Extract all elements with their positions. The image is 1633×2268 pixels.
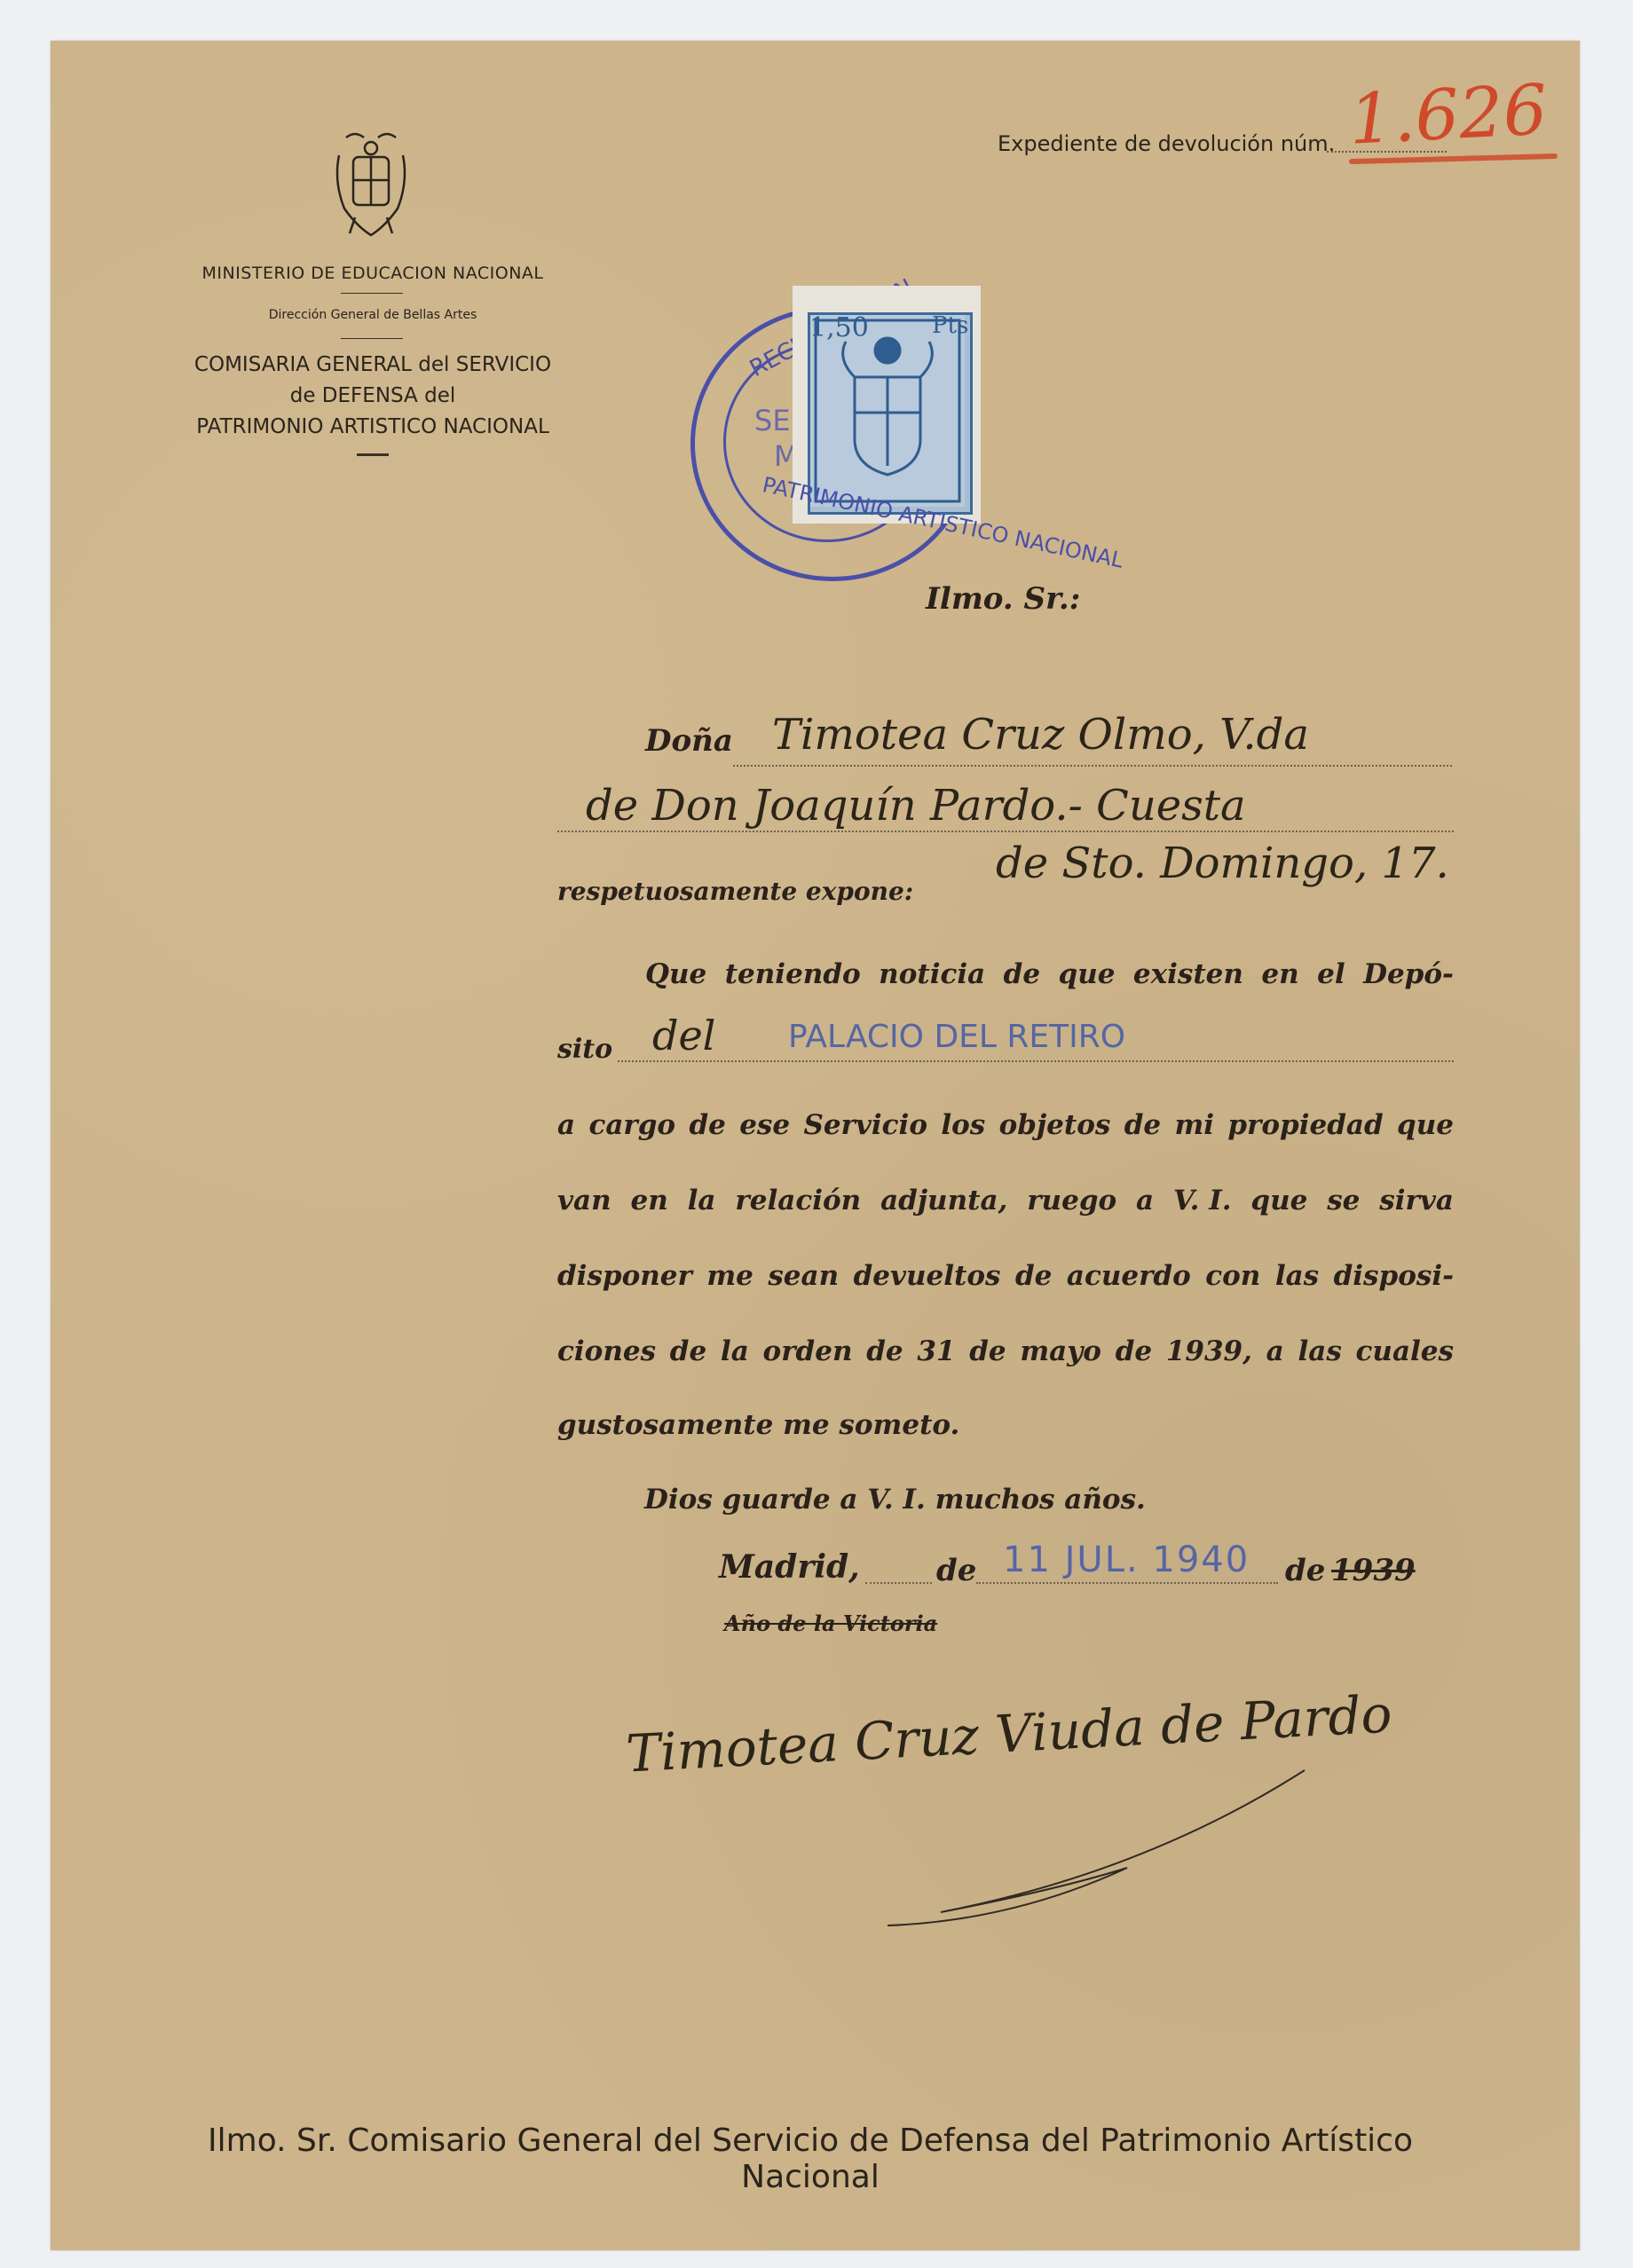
deposit-line [618, 1060, 1454, 1062]
commission-heading-2: de DEFENSA del [133, 384, 612, 407]
struck-year: 1939 [1331, 1553, 1416, 1588]
applicant-line-1 [733, 765, 1452, 767]
date-de-1: de [936, 1553, 976, 1588]
date-de-2: de [1285, 1553, 1325, 1588]
applicant-line-2 [557, 831, 1454, 832]
signature-flourish [879, 1766, 1358, 1943]
deposit-handwritten: del [652, 1012, 715, 1059]
divider [341, 293, 403, 294]
file-number-value: 1.626 [1347, 70, 1550, 161]
commission-heading-3: PATRIMONIO ARTISTICO NACIONAL [133, 415, 612, 438]
ministry-heading: MINISTERIO DE EDUCACION NACIONAL [133, 264, 612, 283]
directorate-heading: Dirección General de Bellas Artes [133, 308, 612, 322]
applicant-husband: de Don Joaquín Pardo.- Cuesta [586, 781, 1246, 831]
stamp-shield-icon [810, 315, 965, 507]
stamp-value: 1,50 [809, 312, 869, 343]
body-line-3: acargodeeseServiciolosobjetosdemipropied… [557, 1109, 1454, 1141]
addressee: Ilmo. Sr. Comisario General del Servicio… [167, 2122, 1454, 2195]
body-line-2-prefix: sito [557, 1034, 612, 1065]
commission-heading-1: COMISARIA GENERAL del SERVICIO [133, 353, 612, 376]
body-line-7: gustosamente me someto. [557, 1409, 959, 1441]
body-line-6: cionesdelaordende31demayode1939,alascual… [557, 1335, 1454, 1367]
applicant-name: Timotea Cruz Olmo, V.da [772, 710, 1309, 760]
respectfully-exposes: respetuosamente expone: [557, 877, 913, 906]
body-line-4: vanenlarelaciónadjunta,ruegoaV. I.queses… [557, 1185, 1454, 1217]
deposit-location-stamp: PALACIO DEL RETIRO [788, 1019, 1125, 1055]
divider [357, 453, 389, 456]
divider [341, 338, 403, 339]
applicant-prefix: Doña [645, 723, 733, 759]
date-stamp: 11 JUL. 1940 [1003, 1540, 1250, 1580]
body-line-5: disponermeseandevueltosdeacuerdoconlasdi… [557, 1260, 1454, 1292]
salutation: Ilmo. Sr.: [926, 581, 1080, 617]
struck-motto: Año de la Victoria [724, 1610, 937, 1636]
place: Madrid, [719, 1548, 860, 1586]
month-line [976, 1582, 1278, 1584]
day-line [865, 1582, 932, 1584]
stamp-currency: Pts [932, 312, 968, 339]
closing-greeting: Dios guarde a V. I. muchos años. [644, 1484, 1146, 1516]
file-number-label: Expediente de devolución núm. [998, 131, 1335, 156]
applicant-address: de Sto. Domingo, 17. [996, 839, 1449, 888]
body-line-1: QueteniendonoticiadequeexistenenelDepó- [645, 958, 1454, 990]
coat-of-arms-icon [328, 129, 414, 240]
